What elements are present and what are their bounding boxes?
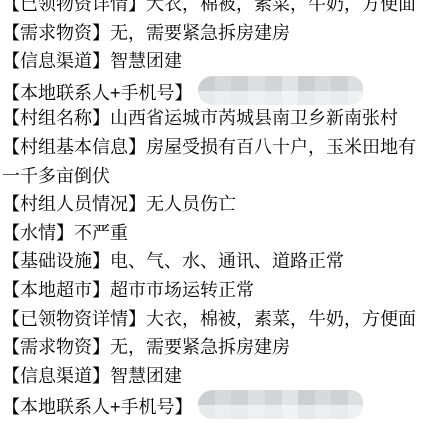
report-line-text: 【需求物资】无，需要紧急拆房建房: [2, 337, 290, 357]
disaster-report-page: 【已领物资详情】大衣，棉被，素菜，牛奶，方便面 【需求物资】无，需要紧急拆房建房…: [0, 0, 422, 423]
report-line-text: 【基础设施】电、气、水、通讯、道路正常: [2, 251, 344, 271]
report-line-infrastructure: 【基础设施】电、气、水、通讯、道路正常: [2, 247, 422, 276]
report-line-text: 【需求物资】无，需要紧急拆房建房: [2, 23, 290, 43]
report-line-supplies-received: 【已领物资详情】大衣，棉被，素菜，牛奶，方便面: [2, 0, 422, 19]
report-line-casualties: 【村组人员情况】无人员伤亡: [2, 190, 422, 219]
report-line-text: 【已领物资详情】大衣，棉被，素菜，牛奶，方便面: [2, 0, 416, 14]
report-line-text: 【水情】不严重: [2, 223, 128, 243]
report-line-text: 【村组人员情况】无人员伤亡: [2, 194, 236, 214]
report-line-local-contact-2: 【本地联系人+手机号】: [2, 390, 422, 419]
report-line-supplies-received-2: 【已领物资详情】大衣，棉被，素菜，牛奶，方便面: [2, 305, 422, 334]
report-line-info-channel-2: 【信息渠道】智慧团建: [2, 362, 422, 391]
report-line-text: 【已领物资详情】大衣，棉被，素菜，牛奶，方便面: [2, 309, 416, 329]
report-line-info-channel: 【信息渠道】智慧团建: [2, 47, 422, 76]
disaster-report-text: 【已领物资详情】大衣，棉被，素菜，牛奶，方便面 【需求物资】无，需要紧急拆房建房…: [2, 0, 422, 419]
report-line-text: 一千多亩倒伏: [2, 166, 110, 186]
report-line-text: 【本地联系人+手机号】: [2, 397, 193, 417]
redacted-phone-number-blur: [198, 76, 363, 105]
report-line-local-contact: 【本地联系人+手机号】: [2, 76, 422, 105]
report-line-text: 【村组名称】山西省运城市芮城县南卫乡新南张村: [2, 108, 398, 128]
report-line-text: 【本地联系人+手机号】: [2, 83, 193, 103]
report-line-needed-supplies-2: 【需求物资】无，需要紧急拆房建房: [2, 333, 422, 362]
report-line-village-basic-info-wrap: 一千多亩倒伏: [2, 162, 422, 191]
report-line-village-basic-info: 【村组基本信息】房屋受损有百八十户，玉米田地有: [2, 133, 422, 162]
report-line-text: 【村组基本信息】房屋受损有百八十户，玉米田地有: [2, 137, 416, 157]
redacted-phone-number-blur: [198, 390, 363, 419]
report-line-village-name: 【村组名称】山西省运城市芮城县南卫乡新南张村: [2, 104, 422, 133]
report-line-text: 【信息渠道】智慧团建: [2, 366, 182, 386]
report-line-water-condition: 【水情】不严重: [2, 219, 422, 248]
report-line-text: 【本地超市】超市市场运转正常: [2, 280, 254, 300]
report-line-needed-supplies: 【需求物资】无，需要紧急拆房建房: [2, 19, 422, 48]
report-line-local-supermarket: 【本地超市】超市市场运转正常: [2, 276, 422, 305]
report-line-text: 【信息渠道】智慧团建: [2, 51, 182, 71]
